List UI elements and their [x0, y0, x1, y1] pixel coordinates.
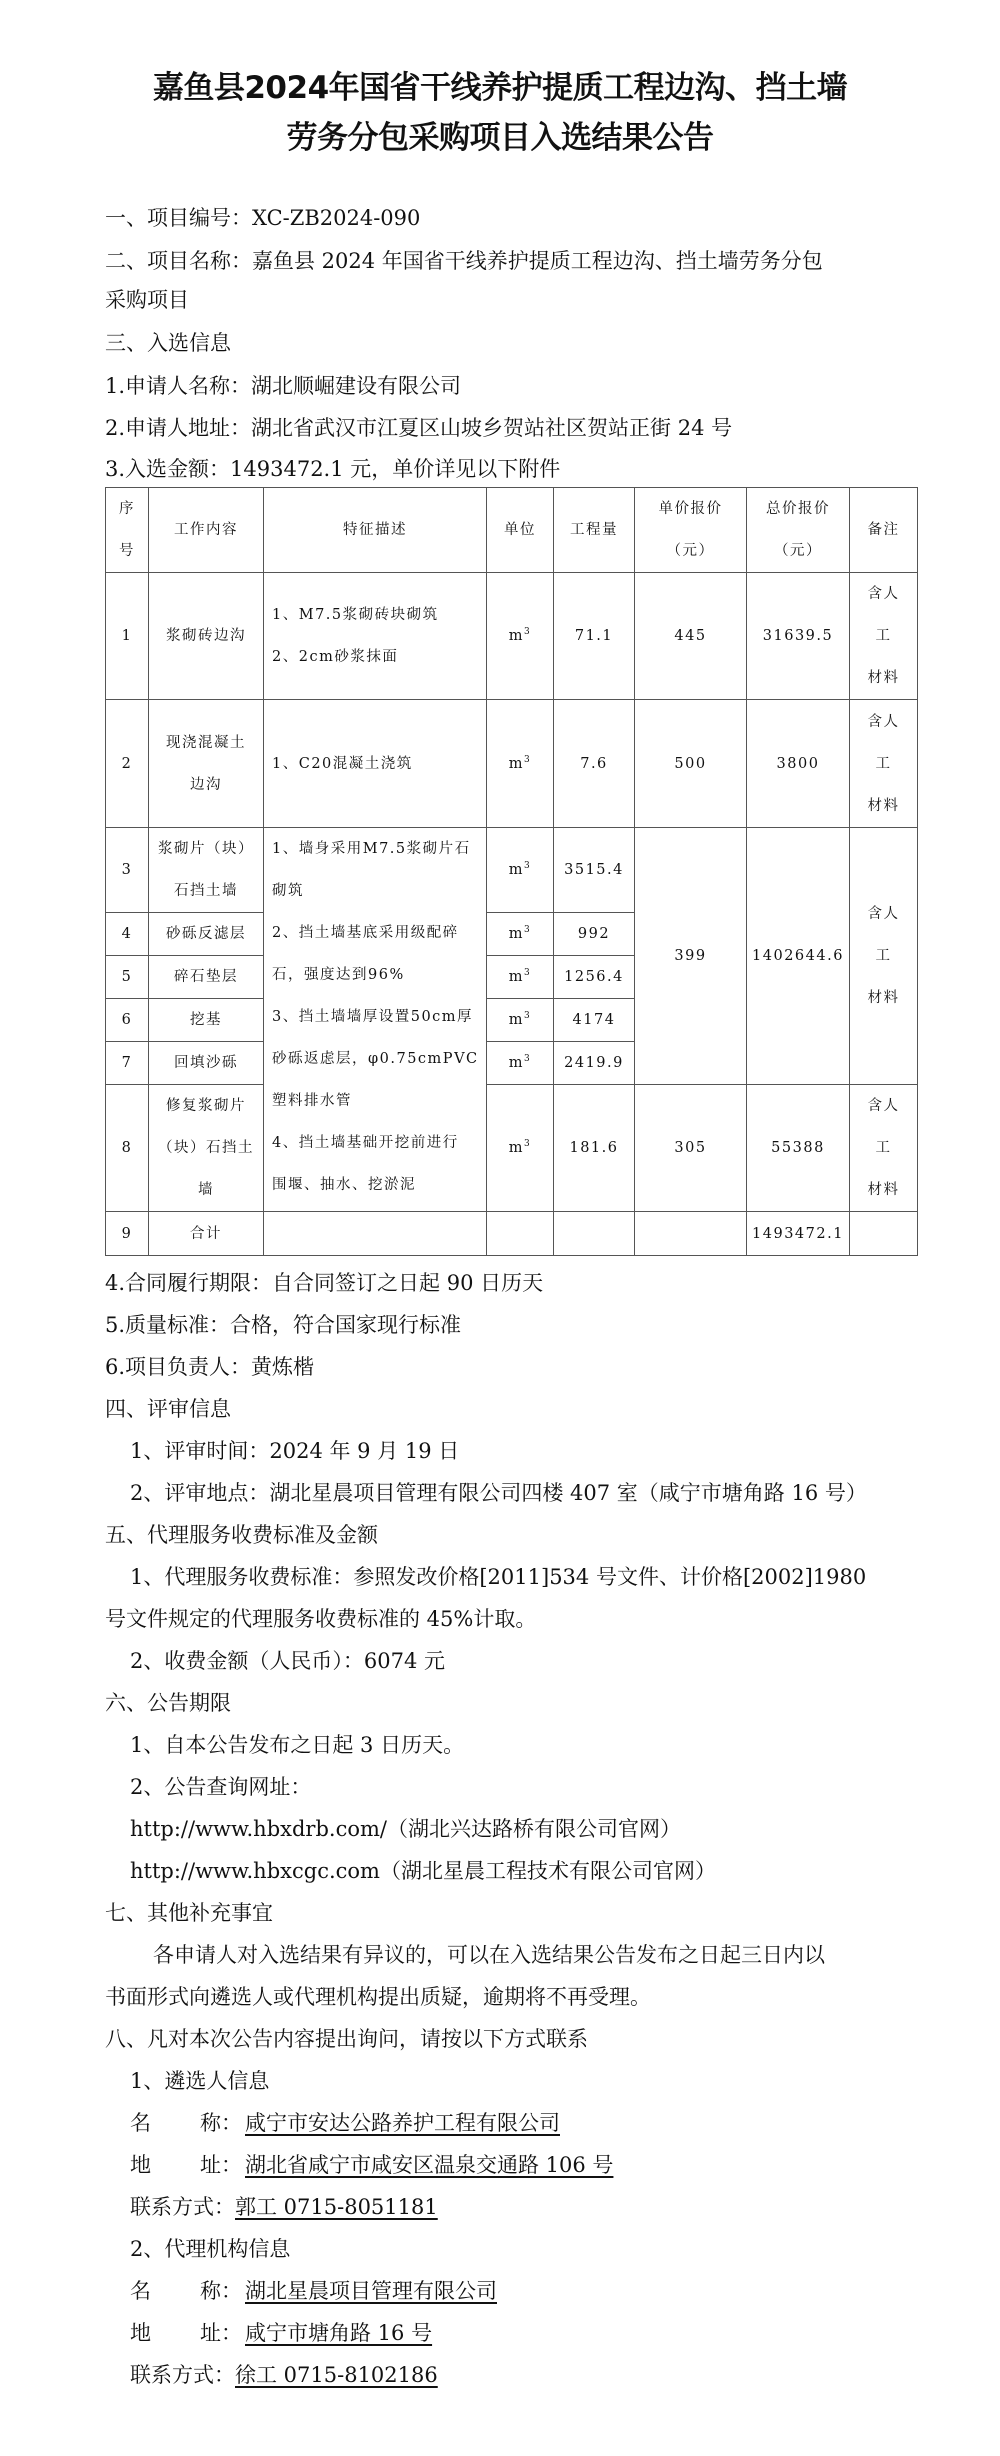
- table-row: 1 浆砌砖边沟 1、M7.5浆砌砖块砌筑2、2cm砂浆抹面 m3 71.1 44…: [106, 573, 918, 700]
- header-note: 备注: [850, 488, 918, 573]
- cell-unit-price: [635, 1212, 747, 1256]
- cell-qty: 181.6: [554, 1085, 635, 1212]
- section-heading-contact: 八、凡对本次公告内容提出询问，请按以下方式联系: [105, 2018, 588, 2060]
- cell-seq: 4: [106, 913, 149, 956]
- contract-period: 4.合同履行期限：自合同签订之日起 90 日历天: [105, 1262, 543, 1304]
- cell-seq: 5: [106, 956, 149, 999]
- section-heading-review-info: 四、评审信息: [105, 1388, 231, 1430]
- page-title-line-1: 嘉鱼县2024年国省干线养护提质工程边沟、挡土墙: [0, 63, 1000, 113]
- header-unit-price: 单价报价（元）: [635, 488, 747, 573]
- cell-work: 修复浆砌片（块）石挡土墙: [149, 1085, 264, 1212]
- selector-info-heading: 1、遴选人信息: [130, 2060, 269, 2102]
- cell-desc: 1、C20混凝土浇筑: [264, 700, 487, 828]
- agency-fee-standard-cont: 号文件规定的代理服务收费标准的 45%计取。: [105, 1598, 536, 1640]
- project-manager: 6.项目负责人：黄炼楷: [105, 1346, 314, 1388]
- cell-note: 含人工材料: [850, 573, 918, 700]
- header-unit: 单位: [487, 488, 554, 573]
- section-heading-selection-info: 三、入选信息: [105, 322, 231, 364]
- table-row: 3 浆砌片（块）石挡土墙 1、墙身采用M7.5浆砌片石 砌筑 2、挡土墙基底采用…: [106, 828, 918, 913]
- project-name: 二、项目名称：嘉鱼县 2024 年国省干线养护提质工程边沟、挡土墙劳务分包: [105, 240, 823, 282]
- notice-urls-label: 2、公告查询网址：: [130, 1766, 311, 1808]
- cell-work: 浆砌片（块）石挡土墙: [149, 828, 264, 913]
- notice-period: 1、自本公告发布之日起 3 日历天。: [130, 1724, 464, 1766]
- cell-seq: 7: [106, 1042, 149, 1085]
- table-row: 8 修复浆砌片（块）石挡土墙 m3 181.6 305 55388 含人工材料: [106, 1085, 918, 1212]
- selector-contact: 联系方式：郭工 0715-8051181: [130, 2186, 438, 2228]
- cell-unit-price: 500: [635, 700, 747, 828]
- objection-note: 各申请人对入选结果有异议的，可以在入选结果公告发布之日起三日内以: [153, 1934, 825, 1976]
- header-desc: 特征描述: [264, 488, 487, 573]
- cell-work: 挖基: [149, 999, 264, 1042]
- cell-unit-price: 305: [635, 1085, 747, 1212]
- cell-qty: 3515.4: [554, 828, 635, 913]
- cell-unit-price-merged: 399: [635, 828, 747, 1085]
- cell-work: 现浇混凝土边沟: [149, 700, 264, 828]
- agency-info-heading: 2、代理机构信息: [130, 2228, 290, 2270]
- cell-unit: m3: [487, 828, 554, 913]
- selected-amount: 3.入选金额：1493472.1 元，单价详见以下附件: [105, 448, 560, 490]
- project-number: 一、项目编号：XC-ZB2024-090: [105, 197, 420, 239]
- cell-work: 碎石垫层: [149, 956, 264, 999]
- cell-note: [850, 1212, 918, 1256]
- header-total: 总价报价（元）: [747, 488, 850, 573]
- cell-unit: [487, 1212, 554, 1256]
- header-seq: 序号: [106, 488, 149, 573]
- cell-work: 回填沙砾: [149, 1042, 264, 1085]
- agency-address: 地址：咸宁市塘角路 16 号: [130, 2312, 432, 2354]
- project-name-cont: 采购项目: [105, 279, 189, 321]
- notice-url-1[interactable]: http://www.hbxdrb.com/（湖北兴达路桥有限公司官网）: [130, 1808, 681, 1850]
- cell-seq: 9: [106, 1212, 149, 1256]
- cell-note: 含人工材料: [850, 1085, 918, 1212]
- cell-desc: [264, 1212, 487, 1256]
- cell-desc-merged: 1、墙身采用M7.5浆砌片石 砌筑 2、挡土墙基底采用级配碎 石，强度达到96%…: [264, 828, 487, 1212]
- cell-total-merged: 1402644.6: [747, 828, 850, 1085]
- cell-work: 浆砌砖边沟: [149, 573, 264, 700]
- cell-unit: m3: [487, 700, 554, 828]
- cell-note-merged: 含人工材料: [850, 828, 918, 1085]
- cell-unit: m3: [487, 573, 554, 700]
- cell-qty: 1256.4: [554, 956, 635, 999]
- cell-total: 3800: [747, 700, 850, 828]
- cell-seq: 6: [106, 999, 149, 1042]
- cell-total: 31639.5: [747, 573, 850, 700]
- header-qty: 工程量: [554, 488, 635, 573]
- agency-fee-amount: 2、收费金额（人民币）：6074 元: [130, 1640, 445, 1682]
- agency-contact: 联系方式：徐工 0715-8102186: [130, 2354, 438, 2396]
- table-row: 2 现浇混凝土边沟 1、C20混凝土浇筑 m3 7.6 500 3800 含人工…: [106, 700, 918, 828]
- applicant-name: 1.申请人名称：湖北顺崛建设有限公司: [105, 365, 461, 407]
- cell-seq: 1: [106, 573, 149, 700]
- cell-seq: 3: [106, 828, 149, 913]
- cell-qty: 71.1: [554, 573, 635, 700]
- review-time: 1、评审时间：2024 年 9 月 19 日: [130, 1430, 459, 1472]
- cell-note: 含人工材料: [850, 700, 918, 828]
- cell-work: 砂砾反滤层: [149, 913, 264, 956]
- notice-url-2[interactable]: http://www.hbxcgc.com（湖北星晨工程技术有限公司官网）: [130, 1850, 716, 1892]
- page-title-line-2: 劳务分包采购项目入选结果公告: [0, 113, 1000, 163]
- header-work: 工作内容: [149, 488, 264, 573]
- section-heading-agency-fee: 五、代理服务收费标准及金额: [105, 1514, 378, 1556]
- applicant-address: 2.申请人地址：湖北省武汉市江夏区山坡乡贺站社区贺站正街 24 号: [105, 407, 732, 449]
- cell-unit: m3: [487, 999, 554, 1042]
- cell-grand-total: 1493472.1: [747, 1212, 850, 1256]
- agency-fee-standard: 1、代理服务收费标准：参照发改价格[2011]534 号文件、计价格[2002]…: [130, 1556, 866, 1598]
- cell-qty: [554, 1212, 635, 1256]
- cell-seq: 8: [106, 1085, 149, 1212]
- cell-unit: m3: [487, 1042, 554, 1085]
- cell-unit-price: 445: [635, 573, 747, 700]
- section-heading-notice-period: 六、公告期限: [105, 1682, 231, 1724]
- cell-seq: 2: [106, 700, 149, 828]
- cell-work: 合计: [149, 1212, 264, 1256]
- price-table: 序号 工作内容 特征描述 单位 工程量 单价报价（元） 总价报价（元） 备注 1…: [105, 487, 918, 1256]
- selector-address: 地址：湖北省咸宁市咸安区温泉交通路 106 号: [130, 2144, 613, 2186]
- agency-name: 名称：湖北星晨项目管理有限公司: [130, 2270, 497, 2312]
- cell-qty: 4174: [554, 999, 635, 1042]
- cell-qty: 7.6: [554, 700, 635, 828]
- cell-unit: m3: [487, 956, 554, 999]
- cell-qty: 2419.9: [554, 1042, 635, 1085]
- section-heading-other-matters: 七、其他补充事宜: [105, 1892, 273, 1934]
- selector-name: 名称：咸宁市安达公路养护工程有限公司: [130, 2102, 560, 2144]
- quality-standard: 5.质量标准：合格，符合国家现行标准: [105, 1304, 461, 1346]
- objection-note-cont: 书面形式向遴选人或代理机构提出质疑，逾期将不再受理。: [105, 1976, 651, 2018]
- review-location: 2、评审地点：湖北星晨项目管理有限公司四楼 407 室（咸宁市塘角路 16 号）: [130, 1472, 867, 1514]
- cell-qty: 992: [554, 913, 635, 956]
- cell-unit: m3: [487, 1085, 554, 1212]
- cell-desc: 1、M7.5浆砌砖块砌筑2、2cm砂浆抹面: [264, 573, 487, 700]
- cell-unit: m3: [487, 913, 554, 956]
- table-header-row: 序号 工作内容 特征描述 单位 工程量 单价报价（元） 总价报价（元） 备注: [106, 488, 918, 573]
- table-total-row: 9 合计 1493472.1: [106, 1212, 918, 1256]
- cell-total: 55388: [747, 1085, 850, 1212]
